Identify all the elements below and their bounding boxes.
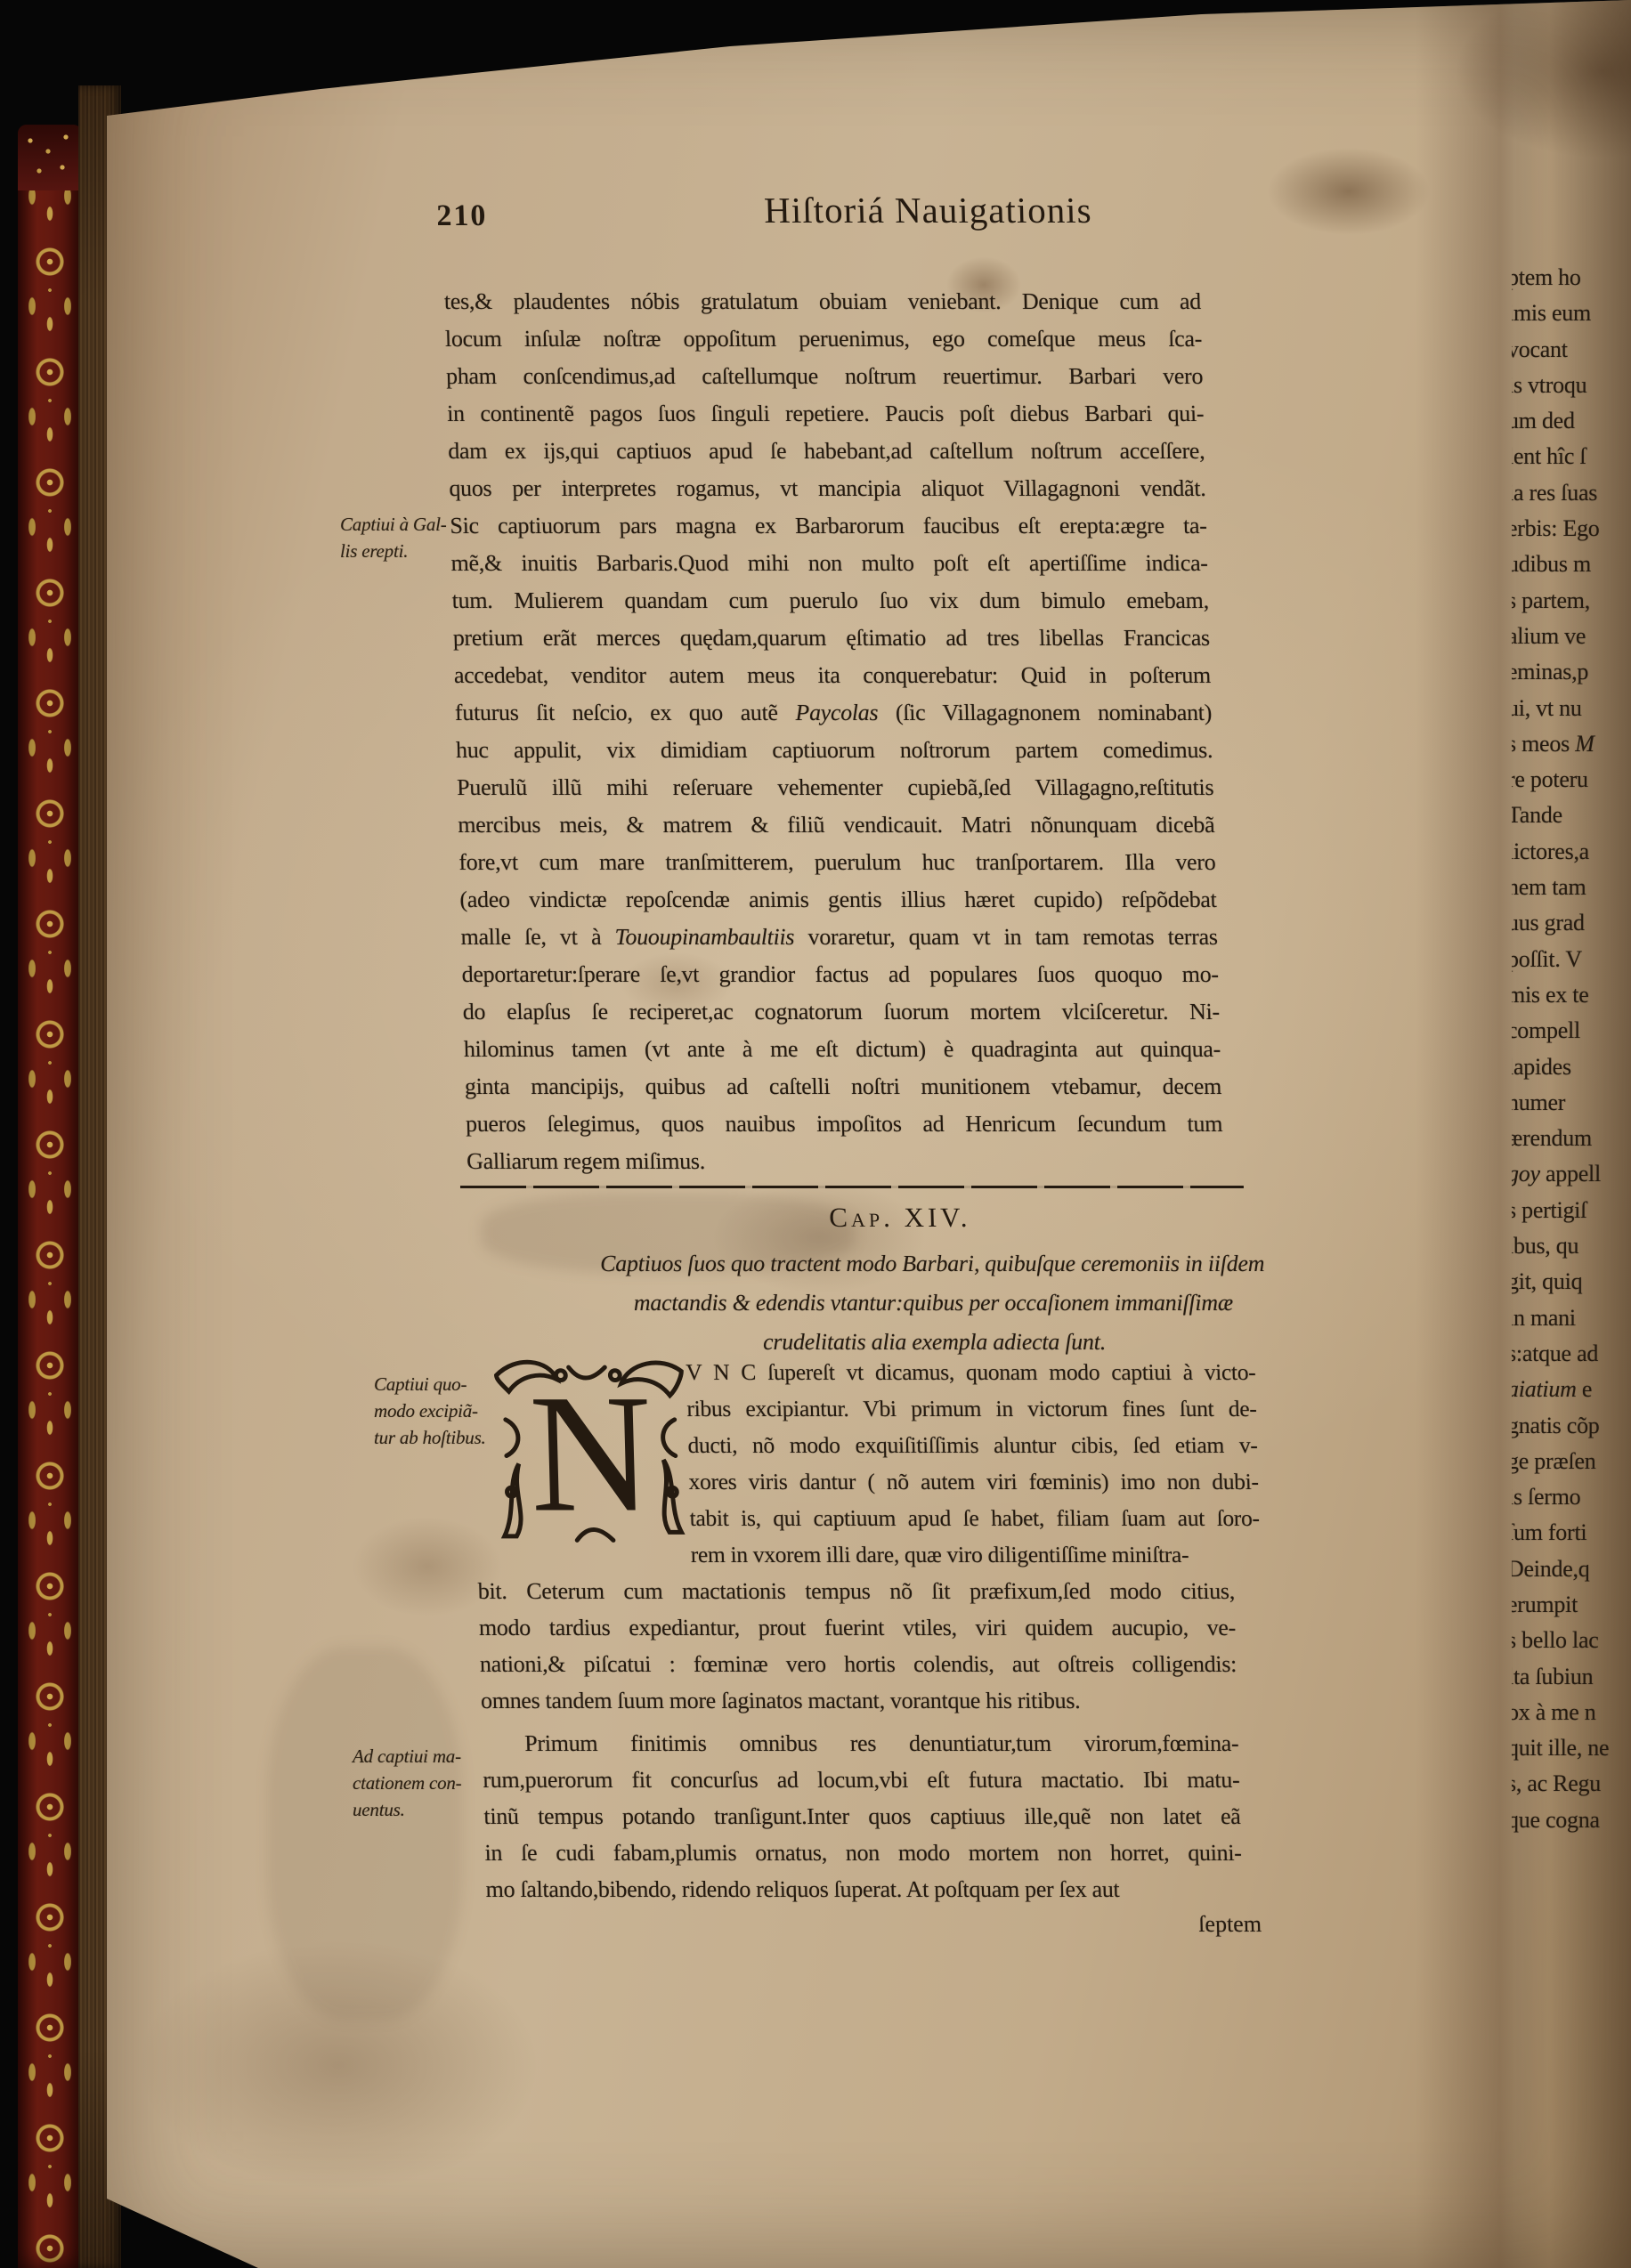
edge-text-fragment: goy appell — [1512, 1156, 1631, 1192]
photo-backdrop: 210 Hiſtoriá Nauigationis tes,& plaudent… — [0, 0, 1631, 2268]
edge-text-fragment: s, ac Regu — [1512, 1766, 1631, 1802]
text-line: accedebat, venditor autem meus ita conqu… — [453, 657, 1211, 694]
edge-text-fragment: ui, vt nu — [1512, 691, 1631, 726]
page-number: 210 — [436, 199, 488, 233]
text-line: dam ex ijs,qui captiuos apud ſe habebant… — [448, 433, 1205, 470]
text-line: (adeo vindictæ repoſcendæ animis gentis … — [459, 881, 1217, 919]
text-line: fore,vt cum mare tranſmitterem, puerulum… — [458, 844, 1216, 881]
text-line: malle ſe, vt à Tououpinambaultiis vorare… — [460, 919, 1218, 956]
initial-letter: N — [527, 1361, 654, 1548]
text-line: do elapſus ſe reciperet,ac cognatorum ſu… — [462, 993, 1220, 1031]
text-line: tinũ tempus potando tranſigunt.Inter quo… — [483, 1798, 1241, 1835]
edge-text-fragment: ibus, qu — [1512, 1228, 1631, 1264]
margin-note-captives-rescued: Captiui à Gal-lis erepti. — [340, 511, 447, 564]
note-line: Ad captiui ma- — [353, 1743, 461, 1770]
edge-text-fragment: mis ex te — [1512, 977, 1631, 1013]
chapter-heading: Cap. XIV. — [467, 1202, 1225, 1234]
text-line: pueros ſelegimus, quos nauibus impoſitos… — [466, 1106, 1223, 1143]
text-line: Primum finitimis omnibus res denuntiatur… — [482, 1725, 1239, 1762]
chapter-argument: Captiuos ſuos quo tractent modo Barbari,… — [554, 1244, 1313, 1362]
margin-note-gathering: Ad captiui ma-ctationem con-uentus. — [353, 1743, 461, 1823]
edge-text-fragment: um ded — [1512, 403, 1631, 439]
note-line: Captiui à Gal- — [340, 511, 447, 538]
edge-text-fragment: compell — [1512, 1013, 1631, 1049]
text-line: ginta mancipijs, quibus ad caſtelli noſt… — [464, 1068, 1221, 1106]
edge-text-fragment: s meos M — [1512, 726, 1631, 762]
note-line: uentus. — [353, 1796, 461, 1823]
edge-text-fragment: poſſit. V — [1512, 942, 1631, 977]
paragraph-1: tes,& plaudentes nóbis gratulatum obuiam… — [443, 283, 1223, 1180]
note-line: lis erepti. — [340, 538, 447, 564]
text-line: futurus ſit neſcio, ex quo autẽ Paycolas… — [454, 694, 1212, 732]
text-line: V N C ſupereſt vt dicamus, quonam modo c… — [686, 1354, 1256, 1390]
edge-text-fragment: aiatium e — [1512, 1372, 1631, 1407]
text-line: mercibus meis, & matrem & filiũ vendicau… — [458, 806, 1215, 844]
edge-text-fragment: udibus m — [1512, 547, 1631, 582]
text-line: pham conſcendimus,ad caſtellumque noſtru… — [446, 358, 1204, 395]
edge-text-fragment: gnatis cõp — [1512, 1408, 1631, 1444]
text-line: tabit is, qui captiuum apud ſe habet, fi… — [689, 1500, 1260, 1536]
text-line: in continentẽ pagos ſuos ſinguli repetie… — [447, 395, 1205, 433]
text-line: in ſe cudi fabam,plumis ornatus, non mod… — [484, 1835, 1242, 1871]
edge-text-fragment: s partem, — [1512, 583, 1631, 619]
page-content: 210 Hiſtoriá Nauigationis tes,& plaudent… — [436, 0, 1253, 2268]
edge-text-fragment: s pertigiſ — [1512, 1193, 1631, 1228]
edge-text-fragment: ptem ho — [1512, 260, 1631, 296]
margin-note-captives-received: Captiui quo-modo excipiã-tur ab hoſtibus… — [374, 1371, 486, 1451]
edge-text-fragment: git, quiq — [1512, 1264, 1631, 1300]
edge-text-fragment: is ſermo — [1512, 1479, 1631, 1515]
edge-text-fragment: s bello lac — [1512, 1623, 1631, 1658]
paragraph-3: Primum finitimis omnibus res denuntiatur… — [482, 1725, 1243, 1908]
book-binding-edge — [18, 125, 82, 2268]
edge-text-fragment: lent hîc ſ — [1512, 439, 1631, 474]
text-line: Puerulũ illũ mihi reſeruare vehementer c… — [457, 769, 1214, 806]
text-line: deportaretur:ſperare ſe,vt grandior fact… — [461, 956, 1219, 993]
text-line: locum inſulæ noſtræ oppoſitum peruenimus… — [444, 320, 1202, 358]
text-line: Galliarum regem miſimus. — [467, 1143, 1224, 1180]
text-line: modo tardius expediantur, prout fuerint … — [478, 1609, 1236, 1646]
text-line: rem in vxorem illi dare, quæ viro dilige… — [690, 1536, 1261, 1573]
edge-text-fragment: lta ſubiun — [1512, 1659, 1631, 1695]
text-line: omnes tandem ſuum more ſaginatos mactant… — [480, 1682, 1237, 1719]
edge-text-fragment: s:atque ad — [1512, 1336, 1631, 1372]
edge-text-fragment: Deinde,q — [1512, 1551, 1631, 1587]
text-line: mẽ,& inuitis Barbaris.Quod mihi non mult… — [450, 545, 1208, 582]
text-line: tes,& plaudentes nóbis gratulatum obuiam… — [443, 283, 1201, 320]
argument-line: Captiuos ſuos quo tractent modo Barbari,… — [554, 1244, 1311, 1284]
show-through-smudge — [267, 1647, 463, 2021]
text-line: pretium erãt merces quędam,quarum ęſtima… — [452, 620, 1210, 657]
edge-text-fragment: erbis: Ego — [1512, 511, 1631, 547]
book-page: 210 Hiſtoriá Nauigationis tes,& plaudent… — [107, 0, 1631, 2268]
paragraph-2-indented: V N C ſupereſt vt dicamus, quonam modo c… — [686, 1354, 1261, 1573]
edge-text-fragment: quit ille, ne — [1512, 1730, 1631, 1766]
edge-text-fragment: ſum forti — [1512, 1515, 1631, 1551]
text-line: tum. Mulierem quandam cum puerulo ſuo vi… — [451, 582, 1209, 620]
text-line: ribus excipiantur. Vbi primum in victoru… — [686, 1390, 1257, 1427]
edge-text-fragment: lictores,a — [1512, 834, 1631, 870]
edge-text-fragment: uus grad — [1512, 905, 1631, 941]
edge-text-fragment: Tande — [1512, 798, 1631, 833]
edge-text-fragment: nem tam — [1512, 870, 1631, 905]
text-line: quos per interpretes rogamus, vt mancipi… — [449, 470, 1206, 507]
edge-text-fragment: ærendum — [1512, 1121, 1631, 1156]
text-line: nationi,& piſcatui : fœminæ vero hortis … — [479, 1646, 1237, 1682]
note-line: Captiui quo- — [374, 1371, 486, 1397]
edge-text-fragment: alium ve — [1512, 619, 1631, 654]
text-line: huc appulit, vix dimidiam captiuorum noſ… — [456, 732, 1213, 769]
note-line: modo excipiã- — [374, 1397, 486, 1424]
paragraph-2-full: bit. Ceterum cum mactationis tempus nõ ſ… — [477, 1573, 1237, 1719]
edge-text-fragment: erumpit — [1512, 1587, 1631, 1623]
woodcut-initial-N: N — [488, 1349, 694, 1555]
next-page-edge-text: ptem hoimis eumvocantis vtroquum dedlent… — [1512, 260, 1631, 1933]
edge-text-fragment: ox à me n — [1512, 1695, 1631, 1730]
argument-line: mactandis & edendis vtantur:quibus per o… — [555, 1284, 1312, 1323]
note-line: ctationem con- — [353, 1770, 461, 1796]
section-rule — [460, 1186, 1244, 1188]
text-line: mo ſaltando,bibendo, ridendo reliquos ſu… — [485, 1871, 1243, 1908]
text-line: ducti, nõ modo exquiſitiſſimis aluntur c… — [687, 1427, 1258, 1463]
edge-text-fragment: is vtroqu — [1512, 368, 1631, 403]
running-title: Hiſtoriá Nauigationis — [764, 189, 1093, 231]
edge-text-fragment: in mani — [1512, 1300, 1631, 1336]
catchword: ſeptem — [1154, 1911, 1306, 1938]
text-line: rum,puerorum fit concurſus ad locum,vbi … — [483, 1762, 1240, 1798]
binding-headcap — [18, 125, 82, 190]
text-line: Sic captiuorum pars magna ex Barbarorum … — [450, 507, 1207, 545]
text-line: bit. Ceterum cum mactationis tempus nõ ſ… — [477, 1573, 1235, 1609]
edge-text-fragment: ge præſen — [1512, 1444, 1631, 1479]
text-line: hilominus tamen (vt ante à me eſt dictum… — [463, 1031, 1221, 1068]
edge-text-fragment: imis eum — [1512, 296, 1631, 331]
edge-text-fragment: numer — [1512, 1085, 1631, 1121]
edge-text-fragment: vocant — [1512, 332, 1631, 368]
edge-text-fragment: que cogna — [1512, 1802, 1631, 1838]
note-line: tur ab hoſtibus. — [374, 1424, 486, 1451]
edge-text-fragment: ia res ſuas — [1512, 475, 1631, 511]
edge-text-fragment: eminas,p — [1512, 654, 1631, 690]
text-line: xores viris dantur ( nõ autem viri fœmin… — [688, 1463, 1259, 1500]
edge-text-fragment: re poteru — [1512, 762, 1631, 798]
edge-text-fragment: lapides — [1512, 1049, 1631, 1085]
